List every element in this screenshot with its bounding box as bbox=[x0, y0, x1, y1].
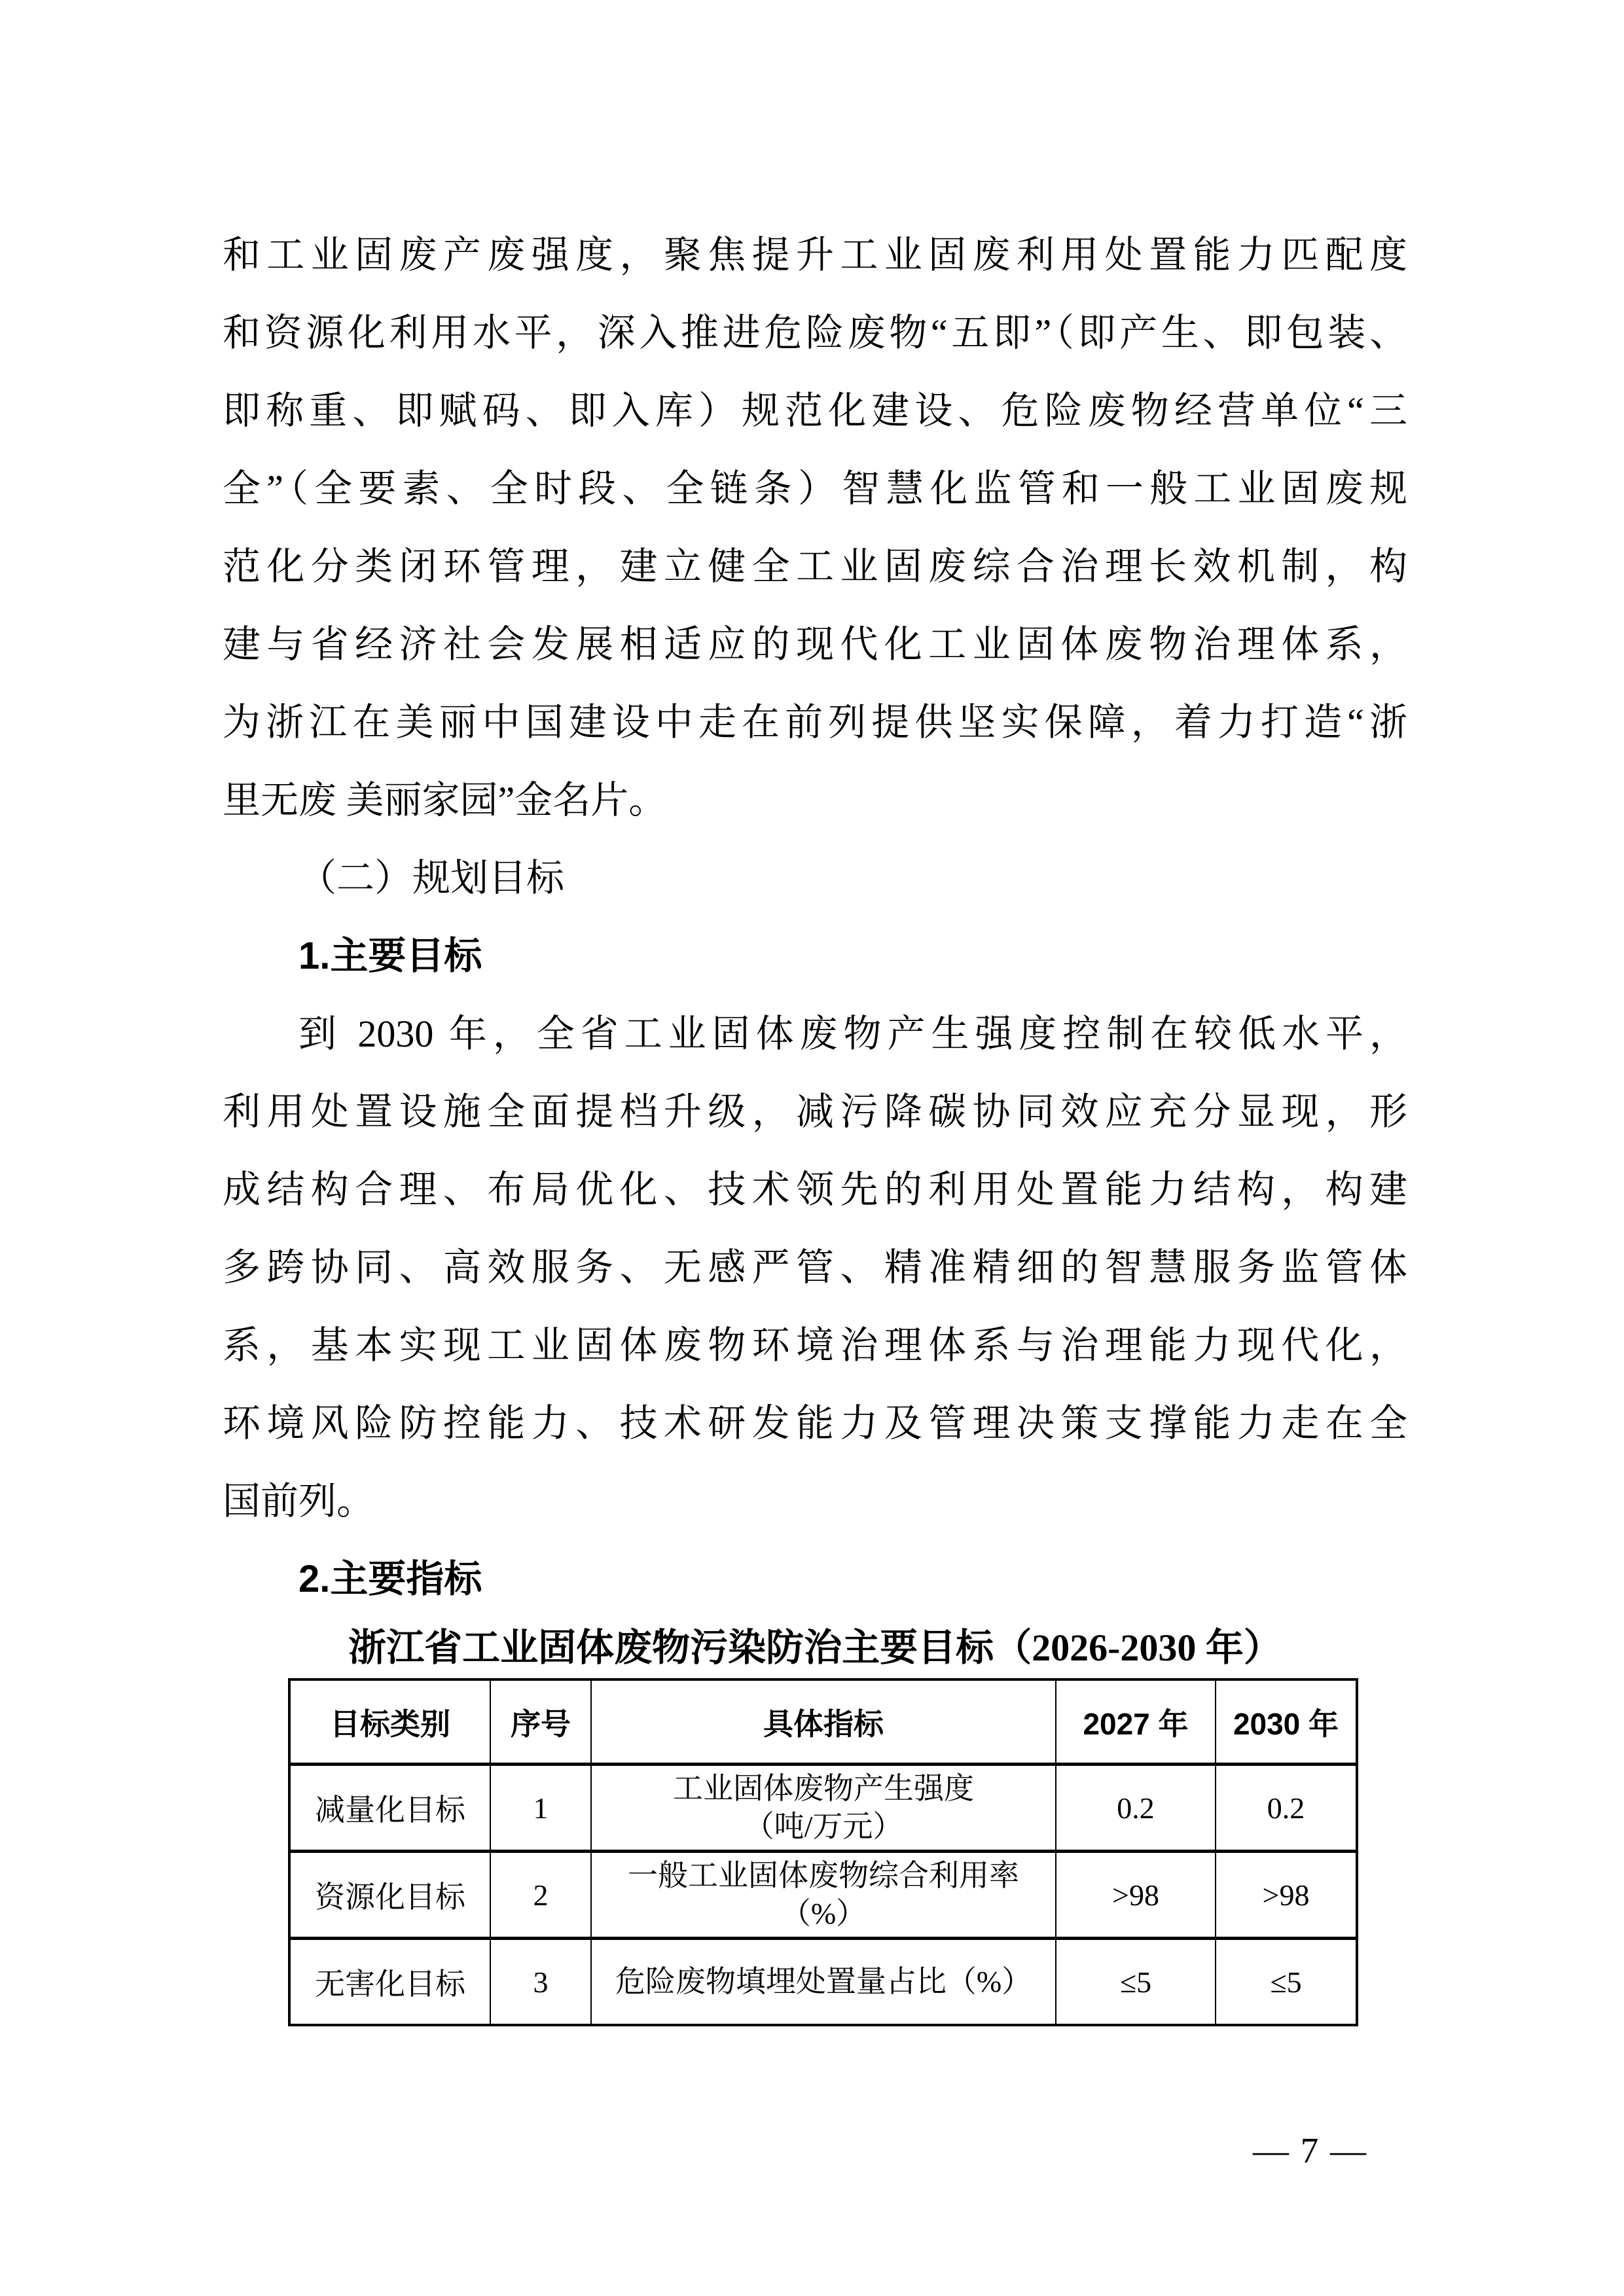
text-line: 到 2030 年，全省工业固体废物产生强度控制在较低水平， bbox=[223, 995, 1407, 1073]
header-cell-2027: 2027 年 bbox=[1056, 1679, 1216, 1765]
indicator-line: （吨/万元） bbox=[596, 1808, 1051, 1846]
cell-category: 资源化目标 bbox=[289, 1852, 490, 1939]
targets-table: 目标类别 序号 具体指标 2027 年 2030 年 减量化目标 1 工业固体废… bbox=[288, 1678, 1358, 2026]
text-line: 环境风险防控能力、技术研发能力及管理决策支撑能力走在全 bbox=[223, 1384, 1407, 1462]
header-cell-no: 序号 bbox=[490, 1679, 591, 1765]
cell-indicator: 危险废物填埋处置量占比（%） bbox=[591, 1939, 1056, 2026]
indicator-line: 工业固体废物产生强度 bbox=[596, 1770, 1051, 1808]
page-content: 和工业固废产废强度，聚焦提升工业固废利用处置能力匹配度 和资源化利用水平，深入推… bbox=[223, 216, 1407, 2026]
subheading-main-indicators: 2.主要指标 bbox=[223, 1540, 1407, 1618]
cell-category: 减量化目标 bbox=[289, 1765, 490, 1852]
indicator-line: （%） bbox=[596, 1895, 1051, 1933]
subheading-main-goals: 1.主要目标 bbox=[223, 917, 1407, 995]
page-number: — 7 — bbox=[1253, 2131, 1367, 2170]
text-line: 成结构合理、布局优化、技术领先的利用处置能力结构，构建 bbox=[223, 1151, 1407, 1229]
cell-no: 2 bbox=[490, 1852, 591, 1939]
section-heading: （二）规划目标 bbox=[223, 839, 1407, 917]
text-line: 即称重、即赋码、即入库）规范化建设、危险废物经营单位“三 bbox=[223, 372, 1407, 450]
text-line: 全”（全要素、全时段、全链条）智慧化监管和一般工业固废规 bbox=[223, 450, 1407, 528]
table-row: 资源化目标 2 一般工业固体废物综合利用率 （%） >98 >98 bbox=[289, 1852, 1357, 1939]
cell-no: 1 bbox=[490, 1765, 591, 1852]
cell-2027-value: ≤5 bbox=[1056, 1939, 1216, 2026]
text-line: 和工业固废产废强度，聚焦提升工业固废利用处置能力匹配度 bbox=[223, 216, 1407, 294]
cell-2030-value: >98 bbox=[1216, 1852, 1357, 1939]
table-title: 浙江省工业固体废物污染防治主要目标（2026-2030 年） bbox=[223, 1618, 1407, 1678]
text-line: 范化分类闭环管理，建立健全工业固废综合治理长效机制，构 bbox=[223, 528, 1407, 605]
header-cell-indicator: 具体指标 bbox=[591, 1679, 1056, 1765]
paragraph-2: 到 2030 年，全省工业固体废物产生强度控制在较低水平， 利用处置设施全面提档… bbox=[223, 995, 1407, 1540]
text-line: 国前列。 bbox=[223, 1462, 1407, 1540]
cell-2030-value: ≤5 bbox=[1216, 1939, 1357, 2026]
text-line: 建与省经济社会发展相适应的现代化工业固体废物治理体系， bbox=[223, 605, 1407, 683]
text-line: 系，基本实现工业固体废物环境治理体系与治理能力现代化， bbox=[223, 1306, 1407, 1384]
cell-2030-value: 0.2 bbox=[1216, 1765, 1357, 1852]
paragraph-1: 和工业固废产废强度，聚焦提升工业固废利用处置能力匹配度 和资源化利用水平，深入推… bbox=[223, 216, 1407, 839]
indicator-line: 危险废物填埋处置量占比（%） bbox=[596, 1963, 1051, 2001]
cell-indicator: 工业固体废物产生强度 （吨/万元） bbox=[591, 1765, 1056, 1852]
cell-indicator: 一般工业固体废物综合利用率 （%） bbox=[591, 1852, 1056, 1939]
cell-no: 3 bbox=[490, 1939, 591, 2026]
cell-category: 无害化目标 bbox=[289, 1939, 490, 2026]
cell-2027-value: 0.2 bbox=[1056, 1765, 1216, 1852]
text-line: 和资源化利用水平，深入推进危险废物“五即”（即产生、即包装、 bbox=[223, 294, 1407, 372]
table-row: 减量化目标 1 工业固体废物产生强度 （吨/万元） 0.2 0.2 bbox=[289, 1765, 1357, 1852]
text-line: 利用处置设施全面提档升级，减污降碳协同效应充分显现，形 bbox=[223, 1073, 1407, 1151]
text-line: 多跨协同、高效服务、无感严管、精准精细的智慧服务监管体 bbox=[223, 1229, 1407, 1306]
document-page: 和工业固废产废强度，聚焦提升工业固废利用处置能力匹配度 和资源化利用水平，深入推… bbox=[0, 0, 1624, 2296]
indicator-line: 一般工业固体废物综合利用率 bbox=[596, 1857, 1051, 1895]
header-cell-category: 目标类别 bbox=[289, 1679, 490, 1765]
table-row: 无害化目标 3 危险废物填埋处置量占比（%） ≤5 ≤5 bbox=[289, 1939, 1357, 2026]
text-line: 里无废 美丽家园”金名片。 bbox=[223, 761, 1407, 839]
header-cell-2030: 2030 年 bbox=[1216, 1679, 1357, 1765]
text-line: 为浙江在美丽中国建设中走在前列提供坚实保障，着力打造“浙 bbox=[223, 683, 1407, 761]
table-header-row: 目标类别 序号 具体指标 2027 年 2030 年 bbox=[289, 1679, 1357, 1765]
cell-2027-value: >98 bbox=[1056, 1852, 1216, 1939]
